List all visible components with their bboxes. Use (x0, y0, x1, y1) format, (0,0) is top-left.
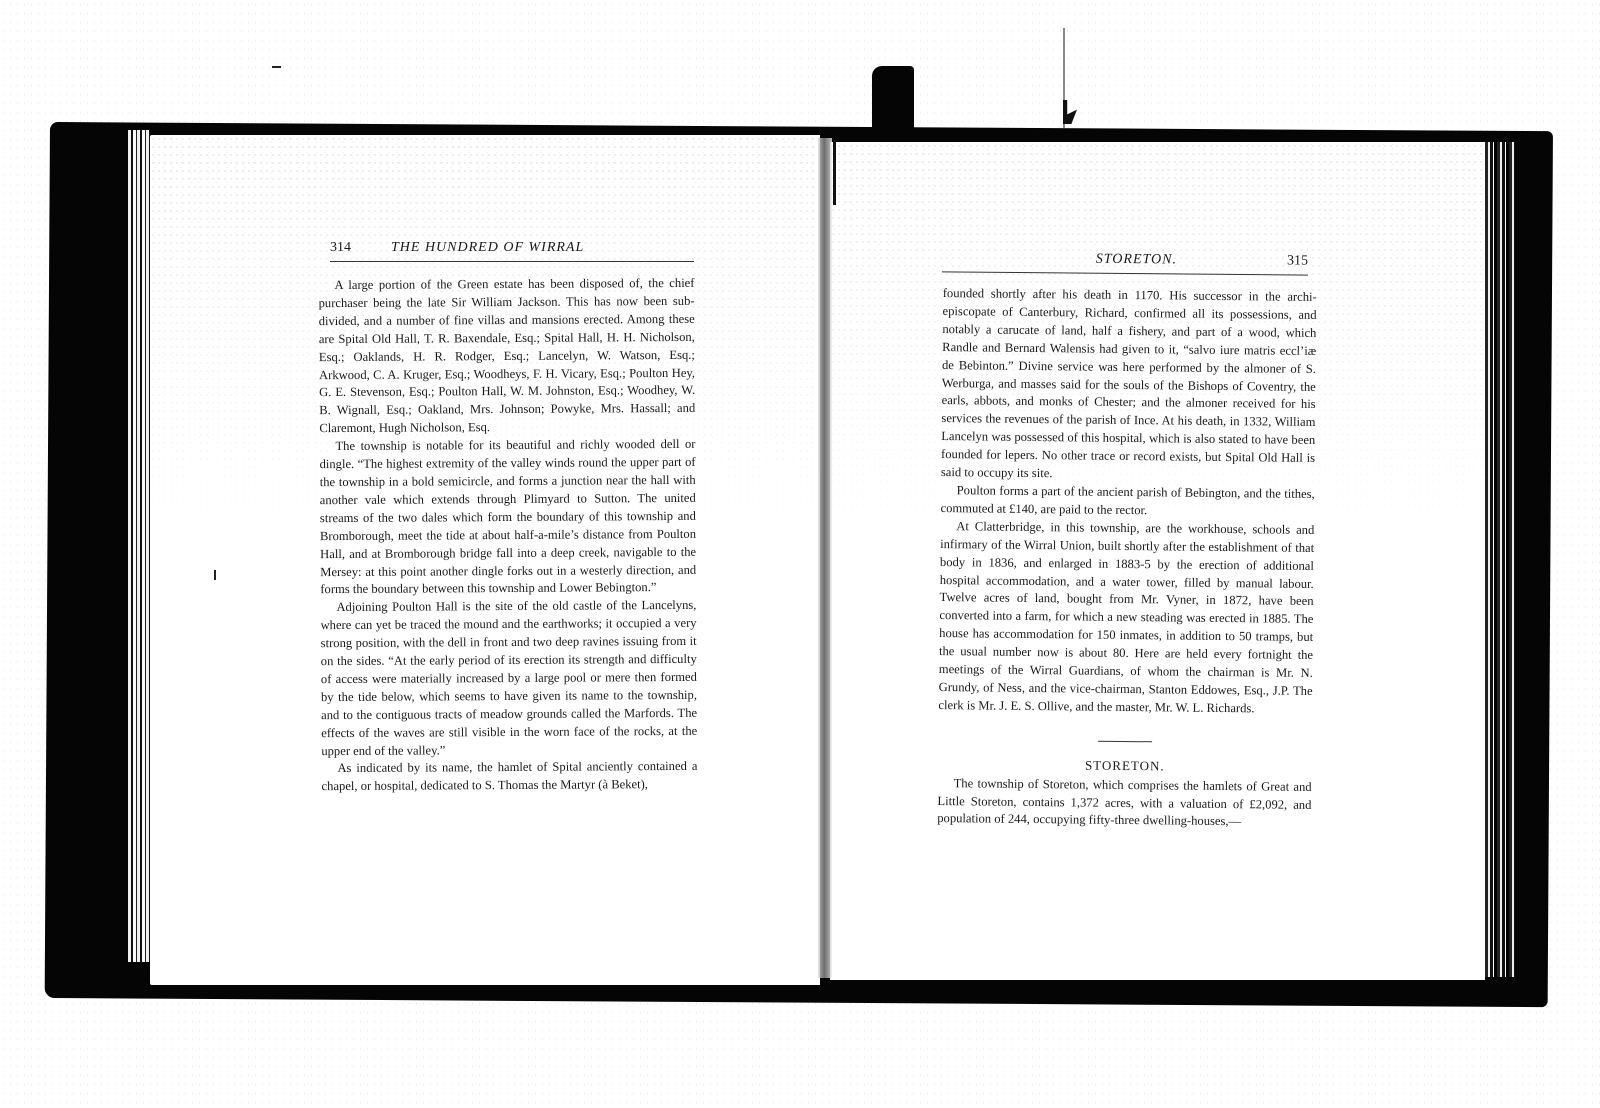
left-body-text: A large portion of the Green estate has … (318, 275, 697, 797)
paragraph: The township of Storeton, which comprise… (937, 775, 1312, 833)
scan-mark (272, 66, 281, 68)
right-running-title: STORETON. (1096, 252, 1177, 269)
paragraph: Poulton forms a part of the ancient pari… (940, 482, 1314, 522)
gutter-ink-mark (833, 140, 836, 205)
left-running-head: 314 THE HUNDRED OF WIRRAL (330, 240, 694, 262)
binding-tab (872, 66, 914, 136)
right-running-head: STORETON. 315 (942, 250, 1308, 275)
left-running-title: THE HUNDRED OF WIRRAL (391, 240, 584, 256)
left-page-number: 314 (330, 240, 351, 256)
scan-mark (214, 570, 216, 580)
paragraph: founded shortly after his death in 1170.… (941, 285, 1317, 486)
section-heading: STORETON. (938, 755, 1312, 777)
section-divider (1098, 740, 1152, 742)
right-page-number: 315 (1287, 253, 1308, 269)
book-gutter (818, 138, 832, 978)
paragraph: As indicated by its name, the hamlet of … (321, 758, 697, 796)
paragraph: Adjoining Poulton Hall is the site of th… (320, 597, 697, 760)
paragraph: At Clatterbridge, in this township, are … (938, 518, 1314, 719)
left-page-edges (128, 130, 150, 962)
right-page-edges (1485, 142, 1515, 977)
paragraph: The township is notable for its beautifu… (319, 436, 696, 599)
paragraph: A large portion of the Green estate has … (318, 275, 695, 438)
right-body-text: founded shortly after his death in 1170.… (937, 285, 1317, 832)
